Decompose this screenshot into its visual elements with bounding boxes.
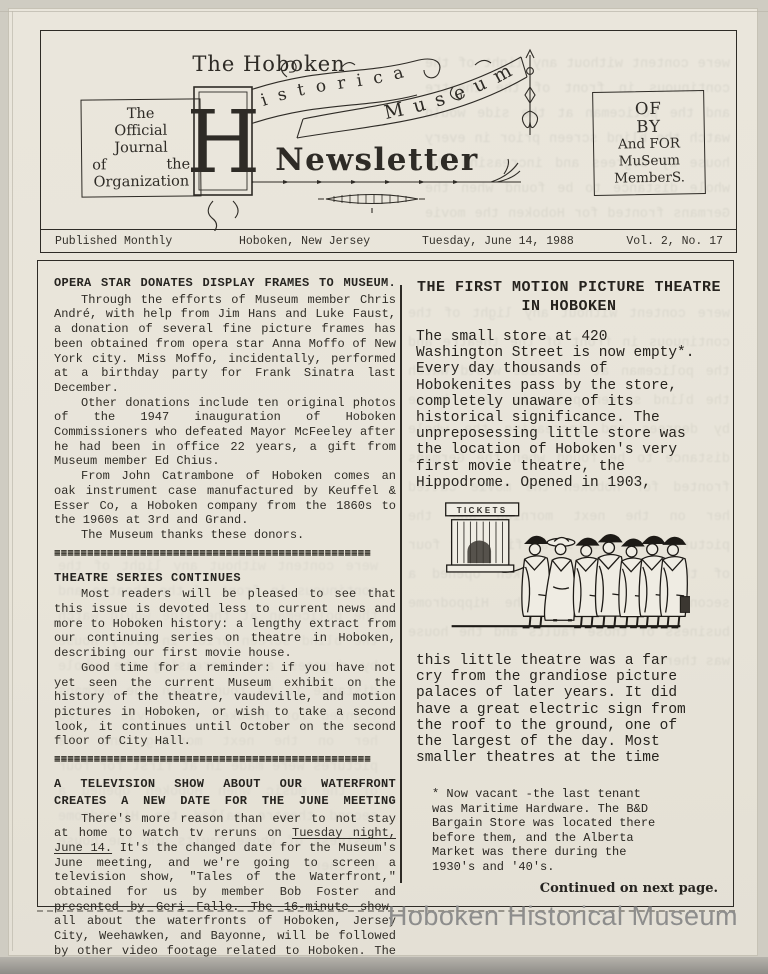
svg-text:H: H [191, 93, 261, 193]
scanned-newsletter-page: { "masthead": { "pretitle": "The Hoboken… [0, 0, 768, 974]
article1-paragraph: Through the efforts of Museum member Chr… [54, 293, 396, 396]
content-area: OPERA STAR DONATES DISPLAY FRAMES TO MUS… [37, 260, 734, 907]
footnote: * Now vacant -the last tenant was Mariti… [416, 787, 722, 874]
left-box-line: Official [88, 122, 194, 140]
right-box-line: MemberS. [598, 169, 700, 188]
feature-paragraph-2: this little theatre was a far cry from t… [416, 653, 722, 766]
article3-text: It's the changed date for the Museum's J… [54, 841, 396, 973]
article1-paragraph: The Museum thanks these donors. [54, 528, 396, 543]
masthead: The Hoboken H istorical Museum Newslette… [40, 30, 737, 253]
left-column: OPERA STAR DONATES DISPLAY FRAMES TO MUS… [54, 276, 396, 973]
article1-headline: OPERA STAR DONATES DISPLAY FRAMES TO MUS… [54, 276, 396, 291]
article3-headline-line1: A TELEVISION SHOW ABOUT OUR WATERFRONT [54, 777, 396, 792]
article3-headline-line2: CREATES A NEW DATE FOR THE JUNE MEETING [54, 794, 396, 809]
volume-number: Vol. 2, No. 17 [626, 235, 723, 248]
section-divider: ========================================… [54, 550, 396, 560]
feature-headline-line1: THE FIRST MOTION PICTURE THEATRE [416, 278, 722, 297]
issue-date: Tuesday, June 14, 1988 [422, 235, 574, 248]
published-monthly: Published Monthly [55, 235, 172, 248]
right-column: THE FIRST MOTION PICTURE THEATRE IN HOBO… [416, 278, 722, 896]
masthead-initial-h: H [191, 87, 261, 231]
article2-paragraph: Good time for a reminder: if you have no… [54, 661, 396, 749]
page-left-edge [12, 11, 13, 951]
info-bar: Published Monthly Hoboken, New Jersey Tu… [41, 230, 736, 252]
left-box-line: The [88, 105, 194, 123]
right-box-line: And FOR [598, 135, 700, 154]
masthead-pretitle: The Hoboken [192, 52, 345, 76]
page-top-edge [0, 11, 768, 12]
feature-headline-line2: IN HOBOKEN [416, 297, 722, 316]
scanner-edge [0, 957, 768, 974]
column-divider [400, 285, 402, 883]
article2-headline: THEATRE SERIES CONTINUES [54, 571, 396, 586]
right-box-line: BY [598, 117, 700, 137]
section-divider: ========================================… [54, 756, 396, 766]
masthead-left-box: The Official Journal of the Organization [80, 98, 201, 197]
ticket-queue-illustration: TICKETS [438, 500, 690, 638]
right-box-line: OF [597, 99, 699, 119]
article1-paragraph: From John Catrambone of Hoboken comes an… [54, 469, 396, 528]
masthead-artwork: The Hoboken H istorical Museum Newslette… [191, 41, 611, 231]
tickets-sign: TICKETS [457, 506, 508, 515]
left-box-line: of the [88, 156, 194, 174]
masthead-right-box: OF BY And FOR MuSeum MemberS. [592, 90, 706, 196]
article1-paragraph: Other donations include ten original pho… [54, 396, 396, 470]
continued-note: Continued on next page. [416, 881, 722, 896]
scan-caption: Hoboken Historical Museum [388, 901, 738, 932]
right-box-line: MuSeum [598, 152, 700, 171]
masthead-subtitle: Newsletter [275, 142, 478, 178]
left-box-line: Organization [88, 173, 194, 191]
feature-paragraph-1: The small store at 420 Washington Street… [416, 329, 722, 491]
left-box-line: Journal [88, 139, 194, 157]
article2-paragraph: Most readers will be pleased to see that… [54, 587, 396, 661]
location: Hoboken, New Jersey [239, 235, 370, 248]
article3-paragraph: There's more reason than ever to not sta… [54, 812, 396, 974]
